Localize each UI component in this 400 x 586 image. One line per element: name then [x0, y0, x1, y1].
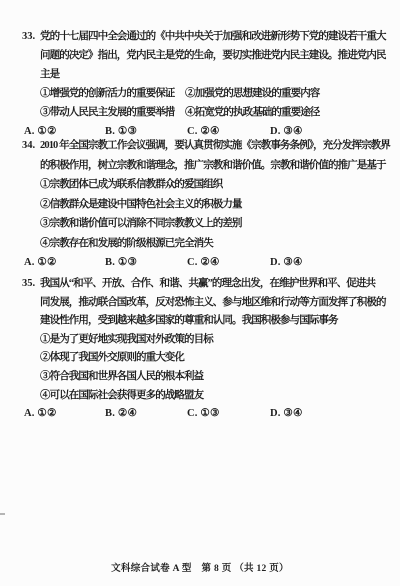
stem-line: 我国从“和平、开放、合作、和谐、共赢”的理念出发，在维护世界和平、促进共 [40, 275, 400, 294]
answer-choice-c: C. ①③ [187, 405, 270, 424]
option-statement-2: ②体现了我国外交原则的重大变化 [40, 349, 400, 368]
option-statement-3: ③符合我国和世界各国人民的根本利益 [40, 368, 400, 387]
stem-line: 主是 [40, 65, 400, 84]
option-statement-2: ②信教群众是建设中国特色社会主义的积极力量 [40, 195, 400, 215]
option-statement-4: ④可以在国际社会获得更多的战略盟友 [40, 387, 400, 406]
question-35: 35. 我国从“和平、开放、合作、和谐、共赢”的理念出发，在维护世界和平、促进共… [0, 275, 400, 424]
question-33: 33. 党的十七届四中全会通过的《中共中央关于加强和改进新形势下党的建设若干重大… [0, 27, 400, 141]
answer-choice-c: C. ②④ [187, 253, 270, 273]
stem-line: 问题的决定》指出，党内民主是党的生命，要切实推进党内民主建设。推进党内民 [40, 46, 400, 65]
answer-choice-a: A. ①② [24, 253, 105, 273]
option-statement-1: ①宗教团体已成为联系信教群众的爱国组织 [40, 175, 400, 195]
answer-choice-b: B. ②④ [105, 405, 187, 424]
option-statement-2: ②加强党的思想建设的重要内容 [185, 84, 319, 103]
stem-line: 建设性作用，受到越来越多国家的尊重和认同。我国积极参与国际事务 [40, 312, 400, 331]
question-number: 34. [22, 136, 35, 156]
page-footer: 文科综合试卷 A 型 第 8 页 （共 12 页） [0, 560, 400, 574]
answer-row: A. ①② B. ②④ C. ①③ D. ③④ [24, 405, 400, 424]
scan-artifact [0, 513, 5, 515]
option-statement-4: ④宗教存在和发展的阶级根源已完全消失 [40, 234, 400, 254]
option-statement-1: ①是为了更好地实现我国对外政策的目标 [40, 331, 400, 350]
stem-line: 的积极作用，树立宗教和谐理念，推广宗教和谐价值。宗教和谐价值的推广是基于 [40, 156, 400, 176]
stem-line: 党的十七届四中全会通过的《中共中央关于加强和改进新形势下党的建设若干重大 [40, 27, 400, 46]
exam-page: 33. 党的十七届四中全会通过的《中共中央关于加强和改进新形势下党的建设若干重大… [0, 0, 400, 586]
option-row: ③带动人民民主发展的重要举措 ④拓宽党的执政基础的重要途径 [40, 103, 400, 122]
question-34: 34. 2010 年全国宗教工作会议强调，要认真贯彻实施《宗教事务条例》，充分发… [0, 136, 400, 273]
question-number: 33. [22, 27, 35, 46]
option-statement-3: ③带动人民民主发展的重要举措 [40, 103, 185, 122]
option-statement-1: ①增强党的创新活力的重要保证 [40, 84, 185, 103]
option-statement-4: ④拓宽党的执政基础的重要途径 [185, 103, 319, 122]
answer-choice-a: A. ①② [24, 405, 105, 424]
answer-row: A. ①② B. ①③ C. ②④ D. ③④ [24, 253, 400, 273]
option-row: ①增强党的创新活力的重要保证 ②加强党的思想建设的重要内容 [40, 84, 400, 103]
answer-choice-d: D. ③④ [270, 253, 303, 273]
option-statement-3: ③宗教和谐价值可以消除不同宗教教义上的差别 [40, 214, 400, 234]
answer-choice-b: B. ①③ [105, 253, 187, 273]
stem-line: 2010 年全国宗教工作会议强调，要认真贯彻实施《宗教事务条例》，充分发挥宗教界 [40, 136, 400, 156]
stem-line: 同发展，推动联合国改革，反对恐怖主义、参与地区维和行动等方面发挥了积极的 [40, 294, 400, 313]
answer-choice-d: D. ③④ [270, 405, 303, 424]
question-number: 35. [22, 275, 35, 294]
